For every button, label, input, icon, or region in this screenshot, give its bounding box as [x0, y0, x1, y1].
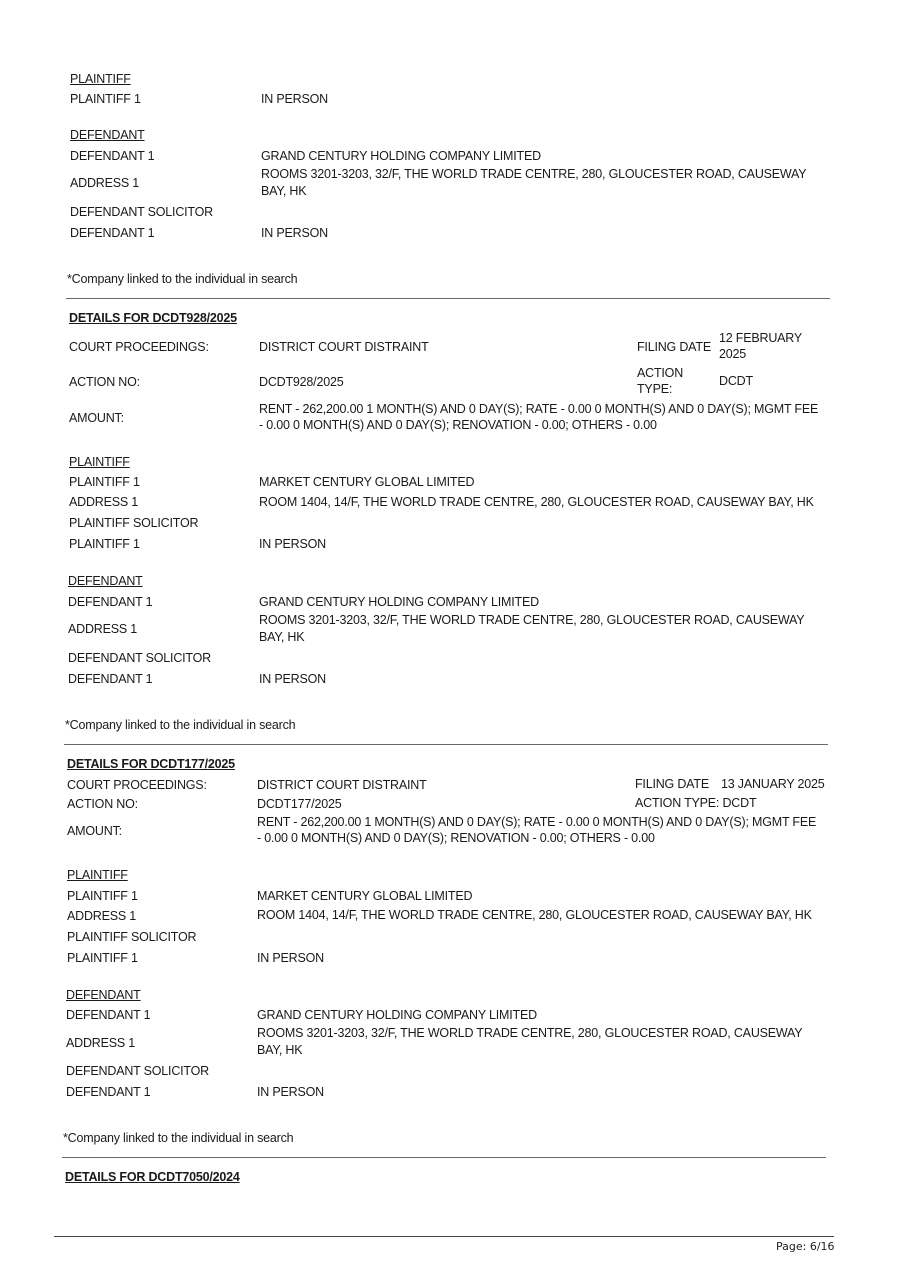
action-type-label-line2: TYPE: [637, 382, 672, 396]
section-divider [64, 744, 828, 745]
plaintiff-solicitor-1-label: PLAINTIFF 1 [67, 951, 138, 965]
defendant-solicitor-1-label: DEFENDANT 1 [70, 226, 154, 240]
defendant-address-line1: ROOMS 3201-3203, 32/F, THE WORLD TRADE C… [261, 167, 806, 181]
defendant-section-header: DEFENDANT [66, 988, 141, 1002]
case-title: DETAILS FOR DCDT928/2025 [69, 311, 237, 325]
defendant-address-line1: ROOMS 3201-3203, 32/F, THE WORLD TRADE C… [259, 613, 804, 627]
defendant-address-label: ADDRESS 1 [68, 622, 137, 636]
defendant-address-line2: BAY, HK [257, 1043, 302, 1057]
plaintiff-section-header: PLAINTIFF [69, 455, 130, 469]
defendant-solicitor-1-value: IN PERSON [257, 1085, 324, 1099]
plaintiff-solicitor-1-value: IN PERSON [259, 537, 326, 551]
plaintiff-1-value: MARKET CENTURY GLOBAL LIMITED [259, 475, 474, 489]
defendant-solicitor-label: DEFENDANT SOLICITOR [68, 651, 211, 665]
defendant-address-line2: BAY, HK [261, 184, 306, 198]
defendant-solicitor-1-value: IN PERSON [261, 226, 328, 240]
defendant-solicitor-label: DEFENDANT SOLICITOR [66, 1064, 209, 1078]
plaintiff-1-label: PLAINTIFF 1 [70, 92, 141, 106]
plaintiff-solicitor-label: PLAINTIFF SOLICITOR [67, 930, 196, 944]
plaintiff-address-label: ADDRESS 1 [67, 909, 136, 923]
footnote: *Company linked to the individual in sea… [67, 272, 297, 286]
defendant-solicitor-label: DEFENDANT SOLICITOR [70, 205, 213, 219]
action-type-value: DCDT [719, 374, 753, 388]
plaintiff-1-value: IN PERSON [261, 92, 328, 106]
court-proceedings-label: COURT PROCEEDINGS: [67, 778, 207, 792]
plaintiff-section-header: PLAINTIFF [70, 72, 131, 86]
court-proceedings-label: COURT PROCEEDINGS: [69, 340, 209, 354]
amount-value-line1: RENT - 262,200.00 1 MONTH(S) AND 0 DAY(S… [257, 815, 816, 829]
defendant-solicitor-1-value: IN PERSON [259, 672, 326, 686]
plaintiff-solicitor-1-value: IN PERSON [257, 951, 324, 965]
defendant-section-header: DEFENDANT [68, 574, 143, 588]
footer-divider [54, 1236, 834, 1237]
page-number: Page: 6/16 [776, 1240, 835, 1253]
amount-value-line2: - 0.00 0 MONTH(S) AND 0 DAY(S); RENOVATI… [257, 831, 655, 845]
defendant-address-label: ADDRESS 1 [66, 1036, 135, 1050]
filing-date-value-line2: 2025 [719, 347, 746, 361]
plaintiff-solicitor-1-label: PLAINTIFF 1 [69, 537, 140, 551]
amount-value-line1: RENT - 262,200.00 1 MONTH(S) AND 0 DAY(S… [259, 402, 818, 416]
defendant-1-label: DEFENDANT 1 [70, 149, 154, 163]
defendant-solicitor-1-label: DEFENDANT 1 [66, 1085, 150, 1099]
action-type: ACTION TYPE: DCDT [635, 796, 756, 810]
plaintiff-section-header: PLAINTIFF [67, 868, 128, 882]
defendant-1-label: DEFENDANT 1 [66, 1008, 150, 1022]
defendant-section-header: DEFENDANT [70, 128, 145, 142]
defendant-address-line2: BAY, HK [259, 630, 304, 644]
plaintiff-1-label: PLAINTIFF 1 [69, 475, 140, 489]
amount-label: AMOUNT: [69, 411, 124, 425]
defendant-address-line1: ROOMS 3201-3203, 32/F, THE WORLD TRADE C… [257, 1026, 802, 1040]
footnote: *Company linked to the individual in sea… [65, 718, 295, 732]
amount-label: AMOUNT: [67, 824, 122, 838]
defendant-1-value: GRAND CENTURY HOLDING COMPANY LIMITED [259, 595, 539, 609]
defendant-1-value: GRAND CENTURY HOLDING COMPANY LIMITED [261, 149, 541, 163]
filing-date-label: FILING DATE [637, 340, 711, 354]
case-title: DETAILS FOR DCDT7050/2024 [65, 1170, 240, 1184]
filing-date-label: FILING DATE [635, 777, 709, 791]
case-title: DETAILS FOR DCDT177/2025 [67, 757, 235, 771]
action-no-value: DCDT177/2025 [257, 797, 341, 811]
court-proceedings-value: DISTRICT COURT DISTRAINT [259, 340, 429, 354]
filing-date-value-line1: 12 FEBRUARY [719, 331, 802, 345]
action-no-label: ACTION NO: [69, 375, 140, 389]
defendant-1-value: GRAND CENTURY HOLDING COMPANY LIMITED [257, 1008, 537, 1022]
plaintiff-address-value: ROOM 1404, 14/F, THE WORLD TRADE CENTRE,… [257, 908, 812, 922]
plaintiff-1-value: MARKET CENTURY GLOBAL LIMITED [257, 889, 472, 903]
action-no-value: DCDT928/2025 [259, 375, 343, 389]
defendant-1-label: DEFENDANT 1 [68, 595, 152, 609]
plaintiff-address-label: ADDRESS 1 [69, 495, 138, 509]
plaintiff-1-label: PLAINTIFF 1 [67, 889, 138, 903]
footnote: *Company linked to the individual in sea… [63, 1131, 293, 1145]
action-type-label-line1: ACTION [637, 366, 683, 380]
amount-value-line2: - 0.00 0 MONTH(S) AND 0 DAY(S); RENOVATI… [259, 418, 657, 432]
plaintiff-address-value: ROOM 1404, 14/F, THE WORLD TRADE CENTRE,… [259, 495, 814, 509]
filing-date-value: 13 JANUARY 2025 [721, 777, 825, 791]
court-proceedings-value: DISTRICT COURT DISTRAINT [257, 778, 427, 792]
plaintiff-solicitor-label: PLAINTIFF SOLICITOR [69, 516, 198, 530]
defendant-solicitor-1-label: DEFENDANT 1 [68, 672, 152, 686]
section-divider [66, 298, 830, 299]
section-divider [62, 1157, 826, 1158]
defendant-address-label: ADDRESS 1 [70, 176, 139, 190]
action-no-label: ACTION NO: [67, 797, 138, 811]
